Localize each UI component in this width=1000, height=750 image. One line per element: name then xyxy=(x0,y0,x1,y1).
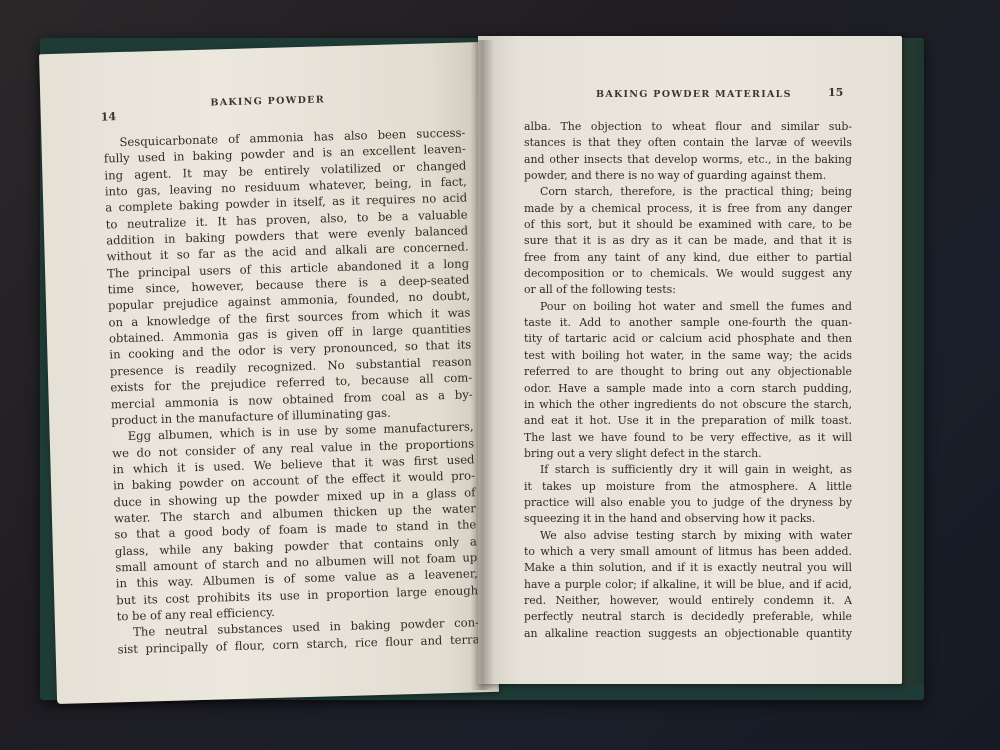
text-line: in which the other ingredients do not ob… xyxy=(524,397,852,413)
text-line: free from any taint of any kind, due eit… xyxy=(524,250,852,266)
text-line: an alkaline reaction suggests an objecti… xyxy=(524,626,852,642)
text-line: it takes up moisture from the atmosphere… xyxy=(524,479,852,495)
text-line: tity of tartaric acid or calcium acid ph… xyxy=(524,331,852,347)
text-line: have a purple color; if alkaline, it wil… xyxy=(524,577,852,593)
text-line: sure that it is as dry as it can be made… xyxy=(524,233,852,249)
page-number: 14 xyxy=(101,110,117,123)
running-head: BAKING POWDER MATERIALS xyxy=(596,89,792,100)
text-line: Pour on boiling hot water and smell the … xyxy=(524,299,852,315)
left-page: 14 BAKING POWDER Sesquicarbonate of ammo… xyxy=(39,42,499,704)
text-line: referred to are thought to bring out any… xyxy=(524,364,852,380)
text-line: perfectly neutral starch is decidedly pr… xyxy=(524,609,852,625)
text-line: red. Neither, however, would entirely co… xyxy=(524,593,852,609)
text-line: made by a chemical process, it is free f… xyxy=(524,201,852,217)
page-body-text: Sesquicarbonate of ammonia has also been… xyxy=(103,124,479,657)
page-body-text: alba. The objection to wheat flour and s… xyxy=(524,119,852,642)
text-line: and eat it hot. Use it in the preparatio… xyxy=(524,413,852,429)
text-line: practice will also enable you to judge o… xyxy=(524,495,852,511)
text-line: stances is that they often contain the l… xyxy=(524,135,852,151)
text-line: squeezing it in the hand and observing h… xyxy=(524,511,852,527)
right-page: BAKING POWDER MATERIALS 15 alba. The obj… xyxy=(478,36,902,684)
text-line: decomposition or to chemicals. We would … xyxy=(524,266,852,282)
text-line: If starch is sufficiently dry it will ga… xyxy=(524,462,852,478)
text-line: alba. The objection to wheat flour and s… xyxy=(524,119,852,135)
text-line: to which a very small amount of litmus h… xyxy=(524,544,852,560)
running-head: BAKING POWDER xyxy=(210,94,325,108)
text-line: bring out a very slight defect in the st… xyxy=(524,446,852,462)
text-line: and other insects that develop worms, et… xyxy=(524,152,852,168)
text-line: taste it. Add to another sample one-four… xyxy=(524,315,852,331)
text-line: We also advise testing starch by mixing … xyxy=(524,528,852,544)
text-line: Corn starch, therefore, is the practical… xyxy=(524,184,852,200)
text-line: of this sort, but it should be examined … xyxy=(524,217,852,233)
text-line: Make a thin solution, and if it is exact… xyxy=(524,560,852,576)
page-number: 15 xyxy=(828,86,843,99)
text-line: The last we have found to be very effect… xyxy=(524,430,852,446)
text-line: or all of the following tests: xyxy=(524,282,852,298)
text-line: powder, and there is no way of guarding … xyxy=(524,168,852,184)
text-line: odor. Have a sample made into a corn sta… xyxy=(524,381,852,397)
text-line: test with boiling hot water, in the same… xyxy=(524,348,852,364)
book-cover-edge xyxy=(900,40,924,685)
